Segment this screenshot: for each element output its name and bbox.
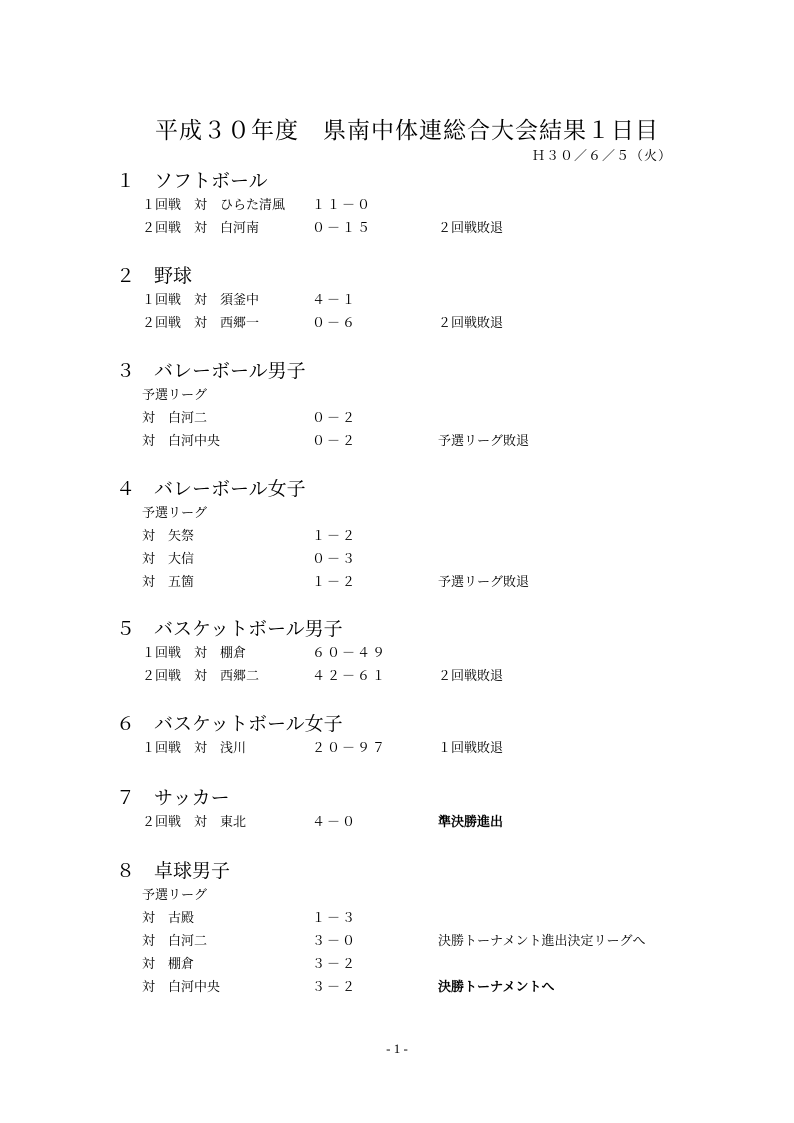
section-heading: ４バレーボール女子 [116,476,716,502]
page-number: - 1 - [0,1041,794,1057]
match-opponent: １回戦 対 浅川 [142,737,246,760]
match-opponent: 対 大信 [142,548,194,571]
match-row: 対 白河中央０－２予選リーグ敗退 [116,430,716,453]
section-number: ３ [116,358,154,384]
result-section: ６バスケットボール女子１回戦 対 浅川２０－９７１回戦敗退 [116,711,716,760]
result-section: １ソフトボール１回戦 対 ひらた清風１１－０２回戦 対 白河南０－１５２回戦敗退 [116,168,716,240]
match-row: 対 五箇１－２予選リーグ敗退 [116,571,716,594]
match-row: １回戦 対 ひらた清風１１－０ [116,194,716,217]
section-number: ２ [116,263,154,289]
section-sport-name: バスケットボール女子 [154,713,343,735]
match-opponent: 対 古殿 [142,907,194,930]
match-score: ０－６ [312,312,357,335]
match-row: 予選リーグ [116,502,716,525]
match-row: 対 矢祭１－２ [116,525,716,548]
match-score: ３－２ [312,953,357,976]
match-score: ４－０ [312,811,357,834]
section-number: ６ [116,711,154,737]
match-row: 予選リーグ [116,384,716,407]
match-opponent: 予選リーグ [142,384,207,407]
match-result: ２回戦敗退 [438,312,503,335]
match-row: 対 大信０－３ [116,548,716,571]
match-row: １回戦 対 浅川２０－９７１回戦敗退 [116,737,716,760]
match-row: ２回戦 対 西郷二４２－６１２回戦敗退 [116,665,716,688]
match-row: 対 白河中央３－２決勝トーナメントへ [116,976,716,999]
document-date: Ｈ３０／６／５（火） [532,145,672,164]
section-heading: ８卓球男子 [116,858,716,884]
match-score: １１－０ [312,194,372,217]
section-heading: １ソフトボール [116,168,716,194]
result-section: ５バスケットボール男子１回戦 対 棚倉６０－４９２回戦 対 西郷二４２－６１２回… [116,616,716,688]
result-section: ３バレーボール男子予選リーグ対 白河二０－２対 白河中央０－２予選リーグ敗退 [116,358,716,453]
section-number: ４ [116,476,154,502]
match-result: 決勝トーナメントへ [438,976,554,999]
match-result: 予選リーグ敗退 [438,430,529,453]
match-opponent: ２回戦 対 西郷二 [142,665,259,688]
document-title: 平成３０年度 県南中体連総合大会結果１日目 [0,112,794,145]
section-heading: ５バスケットボール男子 [116,616,716,642]
match-result: ２回戦敗退 [438,665,503,688]
section-heading: ３バレーボール男子 [116,358,716,384]
match-opponent: １回戦 対 棚倉 [142,642,246,665]
section-heading: ６バスケットボール女子 [116,711,716,737]
section-number: ７ [116,785,154,811]
match-opponent: １回戦 対 須釜中 [142,289,259,312]
section-number: １ [116,168,154,194]
section-sport-name: バレーボール女子 [154,478,306,500]
section-sport-name: バスケットボール男子 [154,618,343,640]
match-opponent: ２回戦 対 東北 [142,811,246,834]
section-sport-name: 野球 [154,265,192,287]
match-score: １－３ [312,907,357,930]
match-row: ２回戦 対 白河南０－１５２回戦敗退 [116,217,716,240]
match-score: １－２ [312,571,357,594]
section-sport-name: ソフトボール [154,170,268,192]
result-section: ４バレーボール女子予選リーグ対 矢祭１－２対 大信０－３対 五箇１－２予選リーグ… [116,476,716,594]
match-row: 対 白河二０－２ [116,407,716,430]
match-score: １－２ [312,525,357,548]
section-heading: ７サッカー [116,785,716,811]
match-result: １回戦敗退 [438,737,503,760]
match-score: ０－３ [312,548,357,571]
match-row: 対 古殿１－３ [116,907,716,930]
match-row: ２回戦 対 西郷一０－６２回戦敗退 [116,312,716,335]
match-score: ４２－６１ [312,665,387,688]
match-score: ３－０ [312,930,357,953]
match-score: ２０－９７ [312,737,387,760]
match-opponent: 対 白河中央 [142,430,220,453]
match-result: ２回戦敗退 [438,217,503,240]
match-result: 決勝トーナメント進出決定リーグへ [438,930,645,953]
match-opponent: 予選リーグ [142,884,207,907]
match-row: 対 白河二３－０決勝トーナメント進出決定リーグへ [116,930,716,953]
match-opponent: 対 白河中央 [142,976,220,999]
match-score: ０－２ [312,430,357,453]
match-opponent: １回戦 対 ひらた清風 [142,194,285,217]
section-sport-name: 卓球男子 [154,860,230,882]
result-section: ７サッカー２回戦 対 東北４－０準決勝進出 [116,785,716,834]
section-sport-name: サッカー [154,787,230,809]
section-sport-name: バレーボール男子 [154,360,306,382]
match-score: ６０－４９ [312,642,387,665]
match-score: ０－２ [312,407,357,430]
section-number: ５ [116,616,154,642]
match-score: ３－２ [312,976,357,999]
result-section: ８卓球男子予選リーグ対 古殿１－３対 白河二３－０決勝トーナメント進出決定リーグ… [116,858,716,999]
match-result: 準決勝進出 [438,811,503,834]
match-score: ０－１５ [312,217,372,240]
section-number: ８ [116,858,154,884]
match-opponent: 予選リーグ [142,502,207,525]
match-row: １回戦 対 棚倉６０－４９ [116,642,716,665]
match-row: ２回戦 対 東北４－０準決勝進出 [116,811,716,834]
match-score: ４－１ [312,289,357,312]
match-row: 予選リーグ [116,884,716,907]
match-result: 予選リーグ敗退 [438,571,529,594]
match-opponent: 対 白河二 [142,407,207,430]
match-opponent: ２回戦 対 西郷一 [142,312,259,335]
match-row: １回戦 対 須釜中４－１ [116,289,716,312]
section-heading: ２野球 [116,263,716,289]
match-opponent: 対 五箇 [142,571,194,594]
match-opponent: 対 白河二 [142,930,207,953]
match-opponent: 対 矢祭 [142,525,194,548]
match-opponent: ２回戦 対 白河南 [142,217,259,240]
match-opponent: 対 棚倉 [142,953,194,976]
match-row: 対 棚倉３－２ [116,953,716,976]
result-section: ２野球１回戦 対 須釜中４－１２回戦 対 西郷一０－６２回戦敗退 [116,263,716,335]
